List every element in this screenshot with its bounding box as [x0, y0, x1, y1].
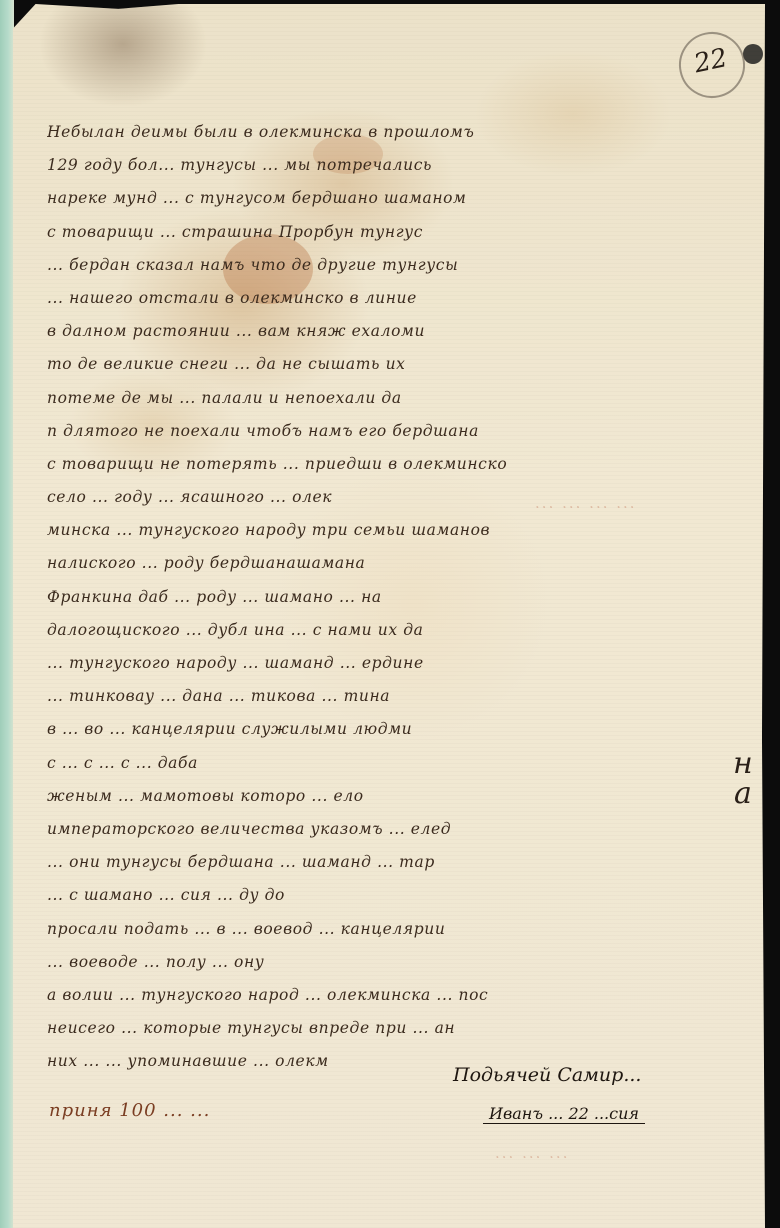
text-line: ... бердан сказал намъ что де другие тун… [47, 249, 707, 282]
manuscript-page: ... ... ... ... ... ... ... 22 н а Небыл… [13, 4, 765, 1228]
text-line: в ... во ... канцелярии служилыми людми [47, 713, 707, 746]
text-line: село ... году ... ясашного ... олек [47, 481, 707, 514]
text-line: ... они тунгусы бердшана ... шаманд ... … [47, 846, 707, 879]
text-line: с товарищи не потерять ... приедши в оле… [47, 448, 707, 481]
text-line: то де великие снеги ... да не сышать их [47, 348, 707, 381]
signature: Иванъ ... 22 ...сия [483, 1104, 645, 1124]
text-line: ... воеводе ... полу ... ону [47, 946, 707, 979]
text-line: 129 году бол... тунгусы ... мы потрeчали… [47, 149, 707, 182]
text-line: с ... с ... с ... даба [47, 747, 707, 780]
text-line: Небылан деимы были в олекминска в прошло… [47, 116, 707, 149]
page-edge-damage [743, 44, 763, 64]
signature-title: Подьячей Самир... [453, 1064, 641, 1086]
text-line: ... тинковау ... дана ... тикова ... тин… [47, 680, 707, 713]
text-line: с товарищи ... страшина Прорбун тунгус [47, 216, 707, 249]
receipt-note: приня 100 ... ... [49, 1100, 210, 1121]
text-line: п длятого не поехали чтобъ намъ его берд… [47, 415, 707, 448]
text-line: женым ... мамотовы которо ... ело [47, 780, 707, 813]
scan-background-strip [0, 0, 14, 1228]
text-line: а волии ... тунгуского народ ... олекмин… [47, 979, 707, 1012]
text-line: императорского величества указомъ ... ел… [47, 813, 707, 846]
text-line: налиского ... роду бердшанашамана [47, 547, 707, 580]
bleed-through-text: ... ... ... [493, 1144, 567, 1162]
text-line: ... нашего отстали в олекминско в линие [47, 282, 707, 315]
text-line: ... тунгуского народу ... шаманд ... ерд… [47, 647, 707, 680]
text-line: нарeке мунд ... с тунгусом бердшано шама… [47, 182, 707, 215]
manuscript-body: Небылан деимы были в олекминска в прошло… [47, 116, 707, 1078]
page-number-circle: 22 [673, 26, 751, 104]
text-line: ... с шамано ... сия ... ду до [47, 879, 707, 912]
text-line: в далном растоянии ... вам княж ехаломи [47, 315, 707, 348]
text-line: просали подать ... в ... воевод ... канц… [47, 913, 707, 946]
text-line: Франкина даб ... роду ... шамано ... на [47, 581, 707, 614]
text-line: далогощиского ... дубл ина ... с нами их… [47, 614, 707, 647]
text-line: потеме де мы ... палали и непоехали да [47, 382, 707, 415]
text-line: минска ... тунгуского народу три семьи ш… [47, 514, 707, 547]
page-number: 22 [691, 43, 730, 79]
margin-annotation-text: н а [733, 749, 753, 809]
margin-annotation: н а [733, 749, 753, 809]
text-line: неисего ... которые тунгусы впреде при .… [47, 1012, 707, 1045]
